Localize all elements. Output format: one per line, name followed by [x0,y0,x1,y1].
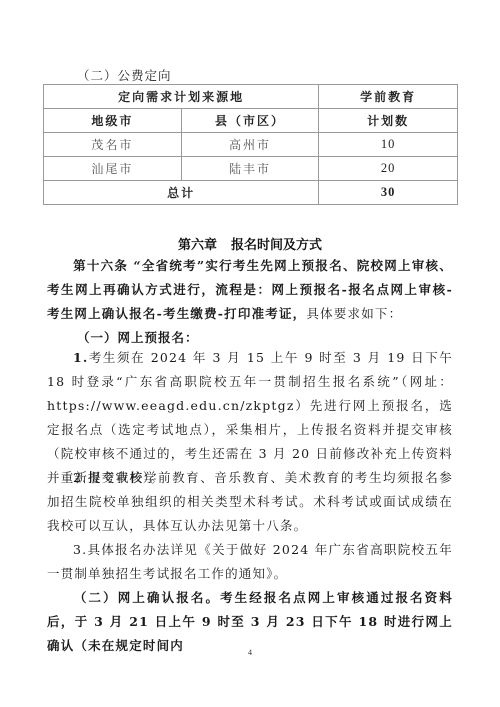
cell-plan-count: 10 [319,133,458,157]
table-total-row: 总计 30 [44,181,458,205]
item-1-label: 1. [73,350,88,365]
article-16-paragraph: 第十六条 “全省统考”实行考生先网上预报名、院校网上审核、考生网上再确认方式进行… [47,254,453,326]
section-heading: （二）公费定向 [77,66,172,84]
item-2-text: 报考我校学前教育、音乐教育、美术教育的考生均须报名参加招生院校单独组织的相关类型… [47,470,453,533]
item-3-label: 3. [73,542,87,557]
cell-county: 高州市 [181,133,319,157]
chapter-number: 第六章 [178,238,217,253]
header-prefecture: 地级市 [44,109,182,133]
item-2-label: 2. [73,470,87,485]
header-plan-count: 计划数 [319,109,458,133]
header-source: 定向需求计划来源地 [44,85,319,109]
cell-prefecture: 汕尾市 [44,157,182,181]
cell-prefecture: 茂名市 [44,133,182,157]
cell-county: 陆丰市 [181,157,319,181]
subsection-1-heading: （一）网上预报名： [77,328,199,346]
total-label: 总计 [44,181,319,205]
item-3-paragraph: 3.具体报名办法详见《关于做好 2024 年广东省高职院校五年一贯制单独招生考试… [47,538,453,586]
table-header-row-2: 地级市 县（市区） 计划数 [44,109,458,133]
page-number: 4 [0,648,500,657]
header-program: 学前教育 [319,85,458,109]
item-1-text: 考生须在 2024 年 3 月 15 上午 9 时至 3 月 19 日下午 18… [47,350,453,485]
chapter-title: 第六章报名时间及方式 [0,234,500,253]
document-page: （二）公费定向 定向需求计划来源地 学前教育 地级市 县（市区） 计划数 茂名市… [0,0,500,707]
item-2-paragraph: 2.报考我校学前教育、音乐教育、美术教育的考生均须报名参加招生院校单独组织的相关… [47,466,453,538]
subsection-2-heading: （二）网上确认报名。 [73,590,220,605]
quota-table: 定向需求计划来源地 学前教育 地级市 县（市区） 计划数 茂名市 高州市 10 … [43,84,458,205]
item-3-text: 具体报名办法详见《关于做好 2024 年广东省高职院校五年一贯制单独招生考试报名… [47,542,453,581]
cell-plan-count: 20 [319,157,458,181]
table-row: 茂名市 高州市 10 [44,133,458,157]
table-header-row-1: 定向需求计划来源地 学前教育 [44,85,458,109]
article-16-label: 第十六条 [73,258,128,273]
chapter-name: 报名时间及方式 [231,238,322,253]
article-16-tail: 具体要求如下： [306,306,402,321]
total-value: 30 [319,181,458,205]
table-row: 汕尾市 陆丰市 20 [44,157,458,181]
header-county: 县（市区） [181,109,319,133]
